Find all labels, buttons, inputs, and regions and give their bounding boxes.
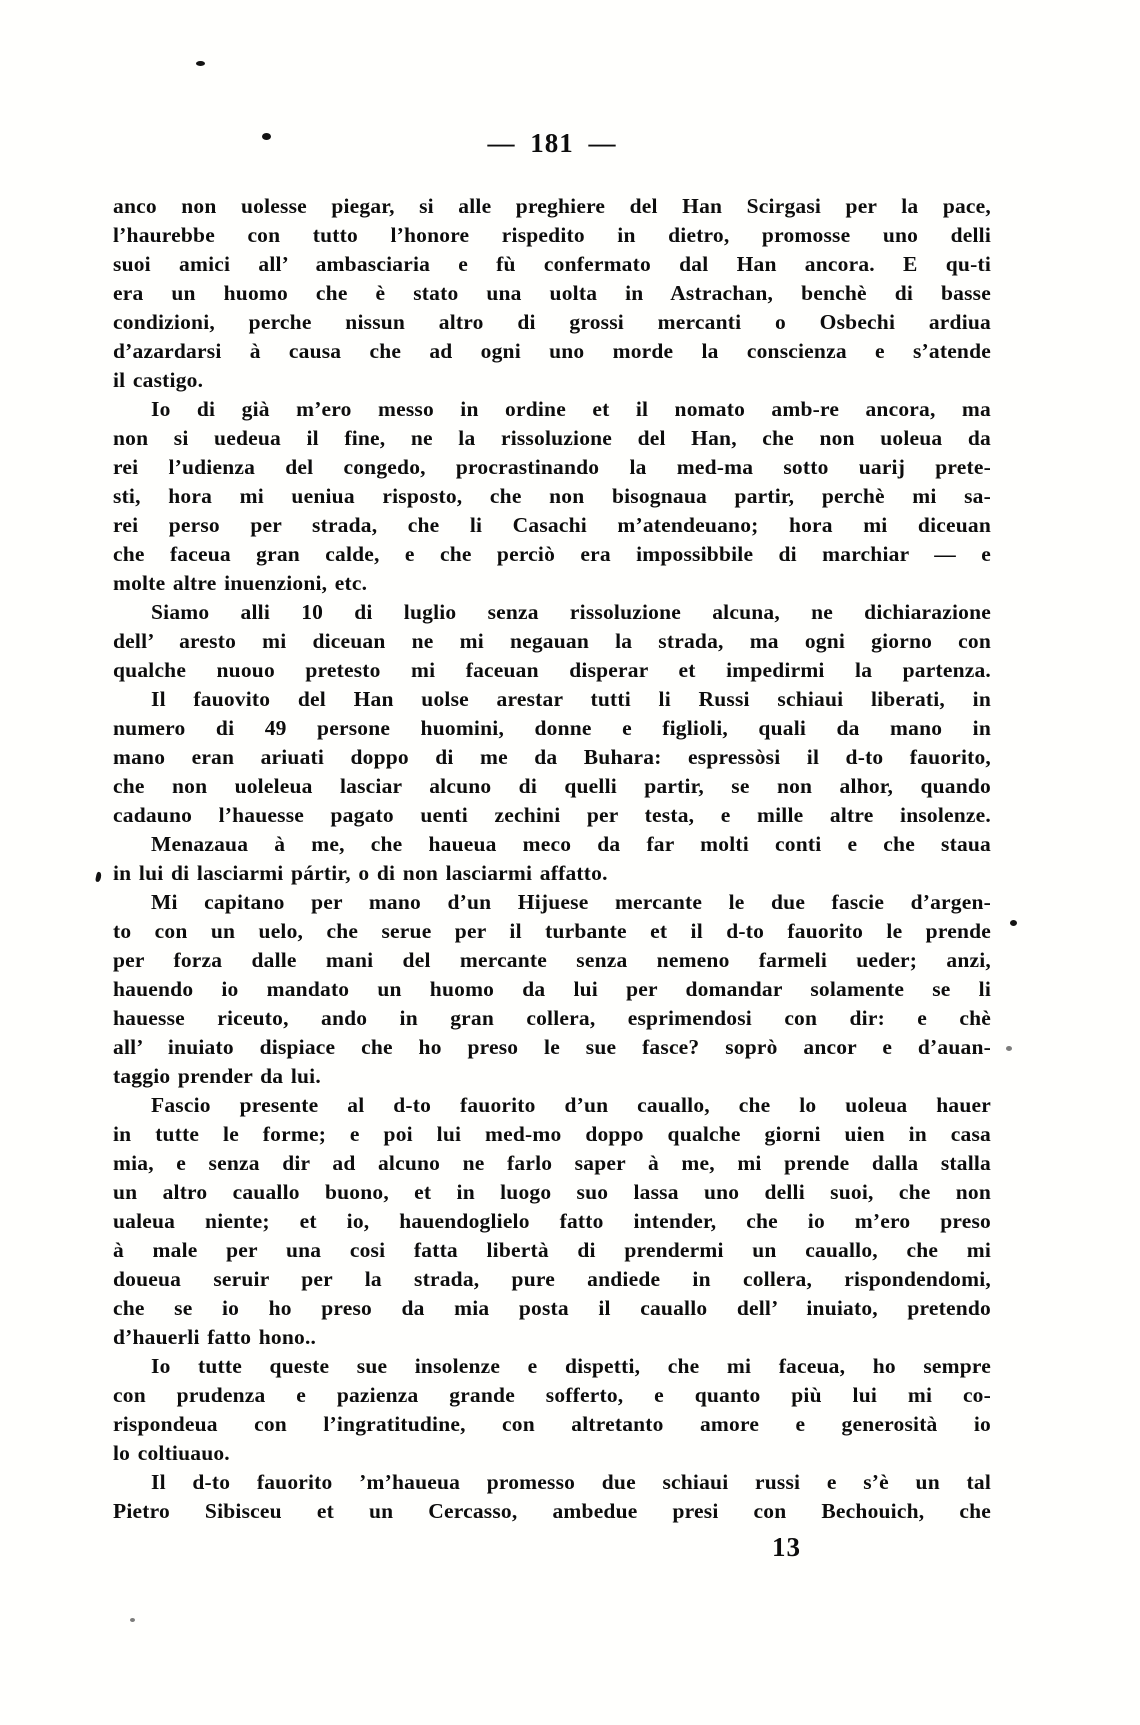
text-line: sti, hora mi ueniua risposto, che non bi… [113, 482, 991, 511]
text-line: lo coltiuauo. [113, 1439, 991, 1468]
text-line: taggio prender da lui. [113, 1062, 991, 1091]
scan-speck [1010, 920, 1017, 926]
text-line: Il d-to fauorito ’m’haueua promesso due … [113, 1468, 991, 1497]
text-line: non si uedeua il fine, ne la rissoluzion… [113, 424, 991, 453]
text-line: Menazaua à me, che haueua meco da far mo… [113, 830, 991, 859]
text-line: molte altre inuenzioni, etc. [113, 569, 991, 598]
scan-speck [134, 1076, 138, 1080]
text-line: in lui di lasciarmi pártir, o di non las… [113, 859, 991, 888]
text-line: in tutte le forme; e poi lui med-mo dopp… [113, 1120, 991, 1149]
text-line: l’haurebbe con tutto l’honore rispedito … [113, 221, 991, 250]
text-line: à male per una cosi fatta libertà di pre… [113, 1236, 991, 1265]
text-line: Io tutte queste sue insolenze e dispetti… [113, 1352, 991, 1381]
scanned-book-page: — 181 — anco non uolesse piegar, si alle… [0, 0, 1140, 1725]
text-line: d’azardarsi à causa che ad ogni uno mord… [113, 337, 991, 366]
scan-speck [95, 872, 102, 883]
text-line: rei l’udienza del congedo, procrastinand… [113, 453, 991, 482]
scan-speck [130, 1618, 135, 1622]
text-line: era un huomo che è stato una uolta in As… [113, 279, 991, 308]
text-line: cadauno l’hauesse pagato uenti zechini p… [113, 801, 991, 830]
text-line: che se io ho preso da mia posta il caual… [113, 1294, 991, 1323]
scan-speck [1006, 1046, 1012, 1051]
text-line: rei perso per strada, che li Casachi m’a… [113, 511, 991, 540]
text-line: mia, e senza dir ad alcuno ne farlo sape… [113, 1149, 991, 1178]
text-line: che non uoleleua lasciar alcuno di quell… [113, 772, 991, 801]
text-line: anco non uolesse piegar, si alle preghie… [113, 192, 991, 221]
signature-mark: 13 [772, 1532, 801, 1563]
page-number: — 181 — [113, 128, 991, 159]
text-line: Io di già m’ero messo in ordine et il no… [113, 395, 991, 424]
text-line: per forza dalle mani del mercante senza … [113, 946, 991, 975]
text-line: d’hauerli fatto hono.. [113, 1323, 991, 1352]
text-line: dell’ aresto mi diceuan ne mi negauan la… [113, 627, 991, 656]
text-block: anco non uolesse piegar, si alle preghie… [113, 192, 991, 1526]
text-line: numero di 49 persone huomini, donne e fi… [113, 714, 991, 743]
scan-speck [196, 61, 205, 66]
text-line: qualche nuouo pretesto mi faceuan disper… [113, 656, 991, 685]
text-line: Fascio presente al d-to fauorito d’un ca… [113, 1091, 991, 1120]
text-line: all’ inuiato dispiace che ho preso le su… [113, 1033, 991, 1062]
text-line: Pietro Sibisceu et un Cercasso, ambedue … [113, 1497, 991, 1526]
text-line: Il fauovito del Han uolse arestar tutti … [113, 685, 991, 714]
text-line: con prudenza e pazienza grande sofferto,… [113, 1381, 991, 1410]
text-line: hauesse riceuto, ando in gran collera, e… [113, 1004, 991, 1033]
text-line: condizioni, perche nissun altro di gross… [113, 308, 991, 337]
text-line: mano eran ariuati doppo di me da Buhara:… [113, 743, 991, 772]
scan-speck [262, 133, 271, 140]
text-line: to con un uelo, che serue per il turbant… [113, 917, 991, 946]
text-line: un altro cauallo buono, et in luogo suo … [113, 1178, 991, 1207]
text-line: Mi capitano per mano d’un Hijuese mercan… [113, 888, 991, 917]
text-line: hauendo io mandato un huomo da lui per d… [113, 975, 991, 1004]
text-line: suoi amici all’ ambasciaria e fù conferm… [113, 250, 991, 279]
text-line: rispondeua con l’ingratitudine, con altr… [113, 1410, 991, 1439]
text-line: che faceua gran calde, e che perciò era … [113, 540, 991, 569]
text-line: Siamo alli 10 di luglio senza rissoluzio… [113, 598, 991, 627]
text-line: doueua seruir per la strada, pure andied… [113, 1265, 991, 1294]
text-line: il castigo. [113, 366, 991, 395]
text-line: ualeua niente; et io, hauendoglielo fatt… [113, 1207, 991, 1236]
